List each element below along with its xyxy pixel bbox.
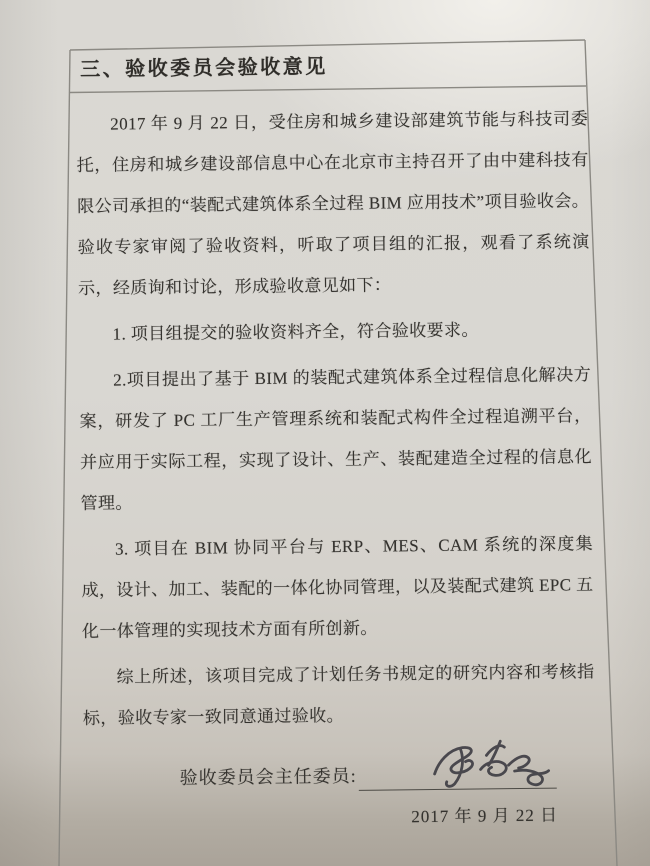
paragraph-intro: 2017 年 9 月 22 日，受住房和城乡建设部建筑节能与科技司委托，住房和城… xyxy=(76,98,590,309)
paragraph-item-2: 2.项目提出了基于 BIM 的装配式建筑体系全过程信息化解决方案，研发了 PC … xyxy=(79,354,593,524)
paragraph-item-3: 3. 项目在 BIM 协同平台与 ERP、MES、CAM 系统的深度集成，设计、… xyxy=(81,523,594,652)
document-body: 2017 年 9 月 22 日，受住房和城乡建设部建筑节能与科技司委托，住房和城… xyxy=(76,98,596,834)
document-date: 2017 年 9 月 22 日 xyxy=(411,806,558,827)
paragraph-item-1: 1. 项目组提交的验收资料齐全，符合验收要求。 xyxy=(78,308,590,355)
handwritten-signature-icon xyxy=(424,738,555,797)
signature-row: 验收委员会主任委员: xyxy=(179,749,595,793)
paragraph-conclusion: 综上所述，该项目完成了计划任务书规定的研究内容和考核指标，验收专家一致同意通过验… xyxy=(82,651,595,739)
document-photo: 三、验收委员会验收意见 2017 年 9 月 22 日，受住房和城乡建设部建筑节… xyxy=(0,0,650,866)
signature-label: 验收委员会主任委员: xyxy=(179,761,356,793)
signature-underline xyxy=(358,750,556,791)
